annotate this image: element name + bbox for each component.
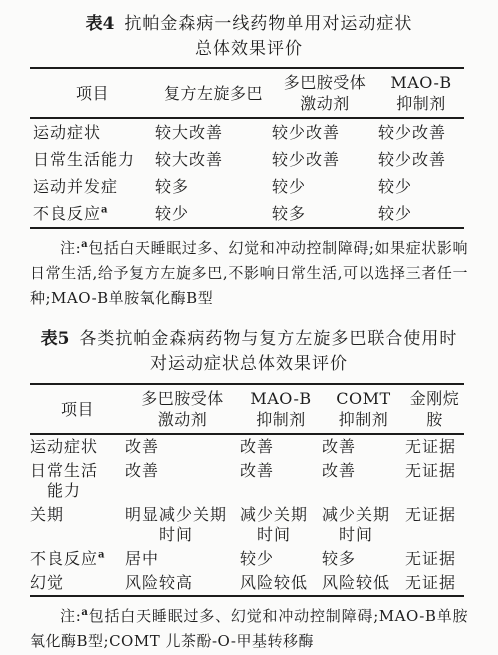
cell: 风险较高 — [125, 571, 240, 596]
table4-title-line2: 总体效果评价 — [195, 39, 303, 59]
table-row: 运动并发症 较多 较少 较少 — [30, 173, 464, 200]
table4-label: 表4 — [86, 14, 115, 34]
row-item: 运动并发症 — [30, 173, 155, 200]
table-row: 运动症状 较大改善 较少改善 较少改善 — [30, 118, 464, 146]
cell: 改善 — [125, 459, 240, 503]
column-header: 项目 — [30, 68, 155, 118]
table4: 项目 复方左旋多巴 多巴胺受体 激动剂 MAO-B 抑制剂 运动症状 较大改善 … — [30, 67, 464, 229]
row-item: 日常生活能力 — [30, 146, 155, 173]
cell: 较大改善 — [155, 118, 272, 146]
cell: 较多 — [322, 547, 405, 571]
cell: 风险较低 — [322, 571, 405, 596]
column-header: 项目 — [30, 384, 125, 434]
footnote-marker: a — [101, 205, 108, 216]
cell: 无证据 — [405, 503, 464, 547]
row-item: 运动症状 — [30, 434, 125, 459]
table5-title-line1: 各类抗帕金森病药物与复方左旋多巴联合使用时 — [79, 329, 457, 349]
table-row: 运动症状 改善 改善 改善 无证据 — [30, 434, 464, 459]
cell: 较少 — [155, 200, 272, 228]
column-header: 多巴胺受体 激动剂 — [272, 68, 378, 118]
cell: 较多 — [272, 200, 378, 228]
table-header-row: 项目 复方左旋多巴 多巴胺受体 激动剂 MAO-B 抑制剂 — [30, 68, 464, 118]
row-item: 幻觉 — [30, 571, 125, 596]
cell: 较少 — [240, 547, 322, 571]
cell: 较少 — [378, 200, 464, 228]
table5-title: 表5各类抗帕金森病药物与复方左旋多巴联合使用时 对运动症状总体效果评价 — [30, 327, 468, 377]
row-item: 关期 — [30, 503, 125, 547]
column-header: MAO-B 抑制剂 — [240, 384, 322, 434]
cell: 较少改善 — [272, 146, 378, 173]
column-header: 金刚烷胺 — [405, 384, 464, 434]
cell: 改善 — [322, 459, 405, 503]
footnote-marker: a — [98, 550, 105, 561]
row-item: 不良反应a — [30, 200, 155, 228]
cell: 减少关期 时间 — [322, 503, 405, 547]
table5: 项目 多巴胺受体 激动剂 MAO-B 抑制剂 COMT 抑制剂 金刚烷胺 运动症… — [30, 383, 464, 597]
table-row: 不良反应a 较少 较多 较少 — [30, 200, 464, 228]
table5-title-line2: 对运动症状总体效果评价 — [150, 354, 348, 374]
cell: 较少 — [378, 173, 464, 200]
cell: 较少改善 — [378, 146, 464, 173]
cell: 无证据 — [405, 571, 464, 596]
column-header: 多巴胺受体 激动剂 — [125, 384, 240, 434]
table-header-row: 项目 多巴胺受体 激动剂 MAO-B 抑制剂 COMT 抑制剂 金刚烷胺 — [30, 384, 464, 434]
cell: 无证据 — [405, 547, 464, 571]
table5-note: 注:a包括白天睡眠过多、幻觉和冲动控制障碍;MAO-B单胺氧化酶B型;COMT … — [30, 604, 468, 654]
table-row: 日常生活 能力 改善 改善 改善 无证据 — [30, 459, 464, 503]
cell: 改善 — [240, 434, 322, 459]
cell: 较多 — [155, 173, 272, 200]
row-item: 日常生活 能力 — [30, 459, 125, 503]
table5-label: 表5 — [41, 329, 70, 349]
table4-header: 项目 复方左旋多巴 多巴胺受体 激动剂 MAO-B 抑制剂 — [30, 68, 464, 118]
row-item: 运动症状 — [30, 118, 155, 146]
table-row: 不良反应a 居中 较少 较多 无证据 — [30, 547, 464, 571]
table-row: 关期 明显减少关期 时间 减少关期 时间 减少关期 时间 无证据 — [30, 503, 464, 547]
column-header: 复方左旋多巴 — [155, 68, 272, 118]
table4-title-line1: 抗帕金森病一线药物单用对运动症状 — [124, 14, 412, 34]
table4-title: 表4抗帕金森病一线药物单用对运动症状 总体效果评价 — [30, 12, 468, 62]
cell: 改善 — [125, 434, 240, 459]
cell: 减少关期 时间 — [240, 503, 322, 547]
table-row: 日常生活能力 较大改善 较少改善 较少改善 — [30, 146, 464, 173]
table-row: 幻觉 风险较高 风险较低 风险较低 无证据 — [30, 571, 464, 596]
cell: 无证据 — [405, 434, 464, 459]
row-item: 不良反应a — [30, 547, 125, 571]
cell: 改善 — [240, 459, 322, 503]
cell: 改善 — [322, 434, 405, 459]
column-header: COMT 抑制剂 — [322, 384, 405, 434]
cell: 居中 — [125, 547, 240, 571]
cell: 无证据 — [405, 459, 464, 503]
table5-header: 项目 多巴胺受体 激动剂 MAO-B 抑制剂 COMT 抑制剂 金刚烷胺 — [30, 384, 464, 434]
cell: 较少改善 — [272, 118, 378, 146]
table4-note: 注:a包括白天睡眠过多、幻觉和冲动控制障碍;如果症状影响日常生活,给予复方左旋多… — [30, 236, 468, 311]
cell: 较少改善 — [378, 118, 464, 146]
column-header: MAO-B 抑制剂 — [378, 68, 464, 118]
cell: 较少 — [272, 173, 378, 200]
cell: 明显减少关期 时间 — [125, 503, 240, 547]
document-page: 表4抗帕金森病一线药物单用对运动症状 总体效果评价 项目 复方左旋多巴 多巴胺受… — [0, 0, 498, 655]
cell: 较大改善 — [155, 146, 272, 173]
cell: 风险较低 — [240, 571, 322, 596]
